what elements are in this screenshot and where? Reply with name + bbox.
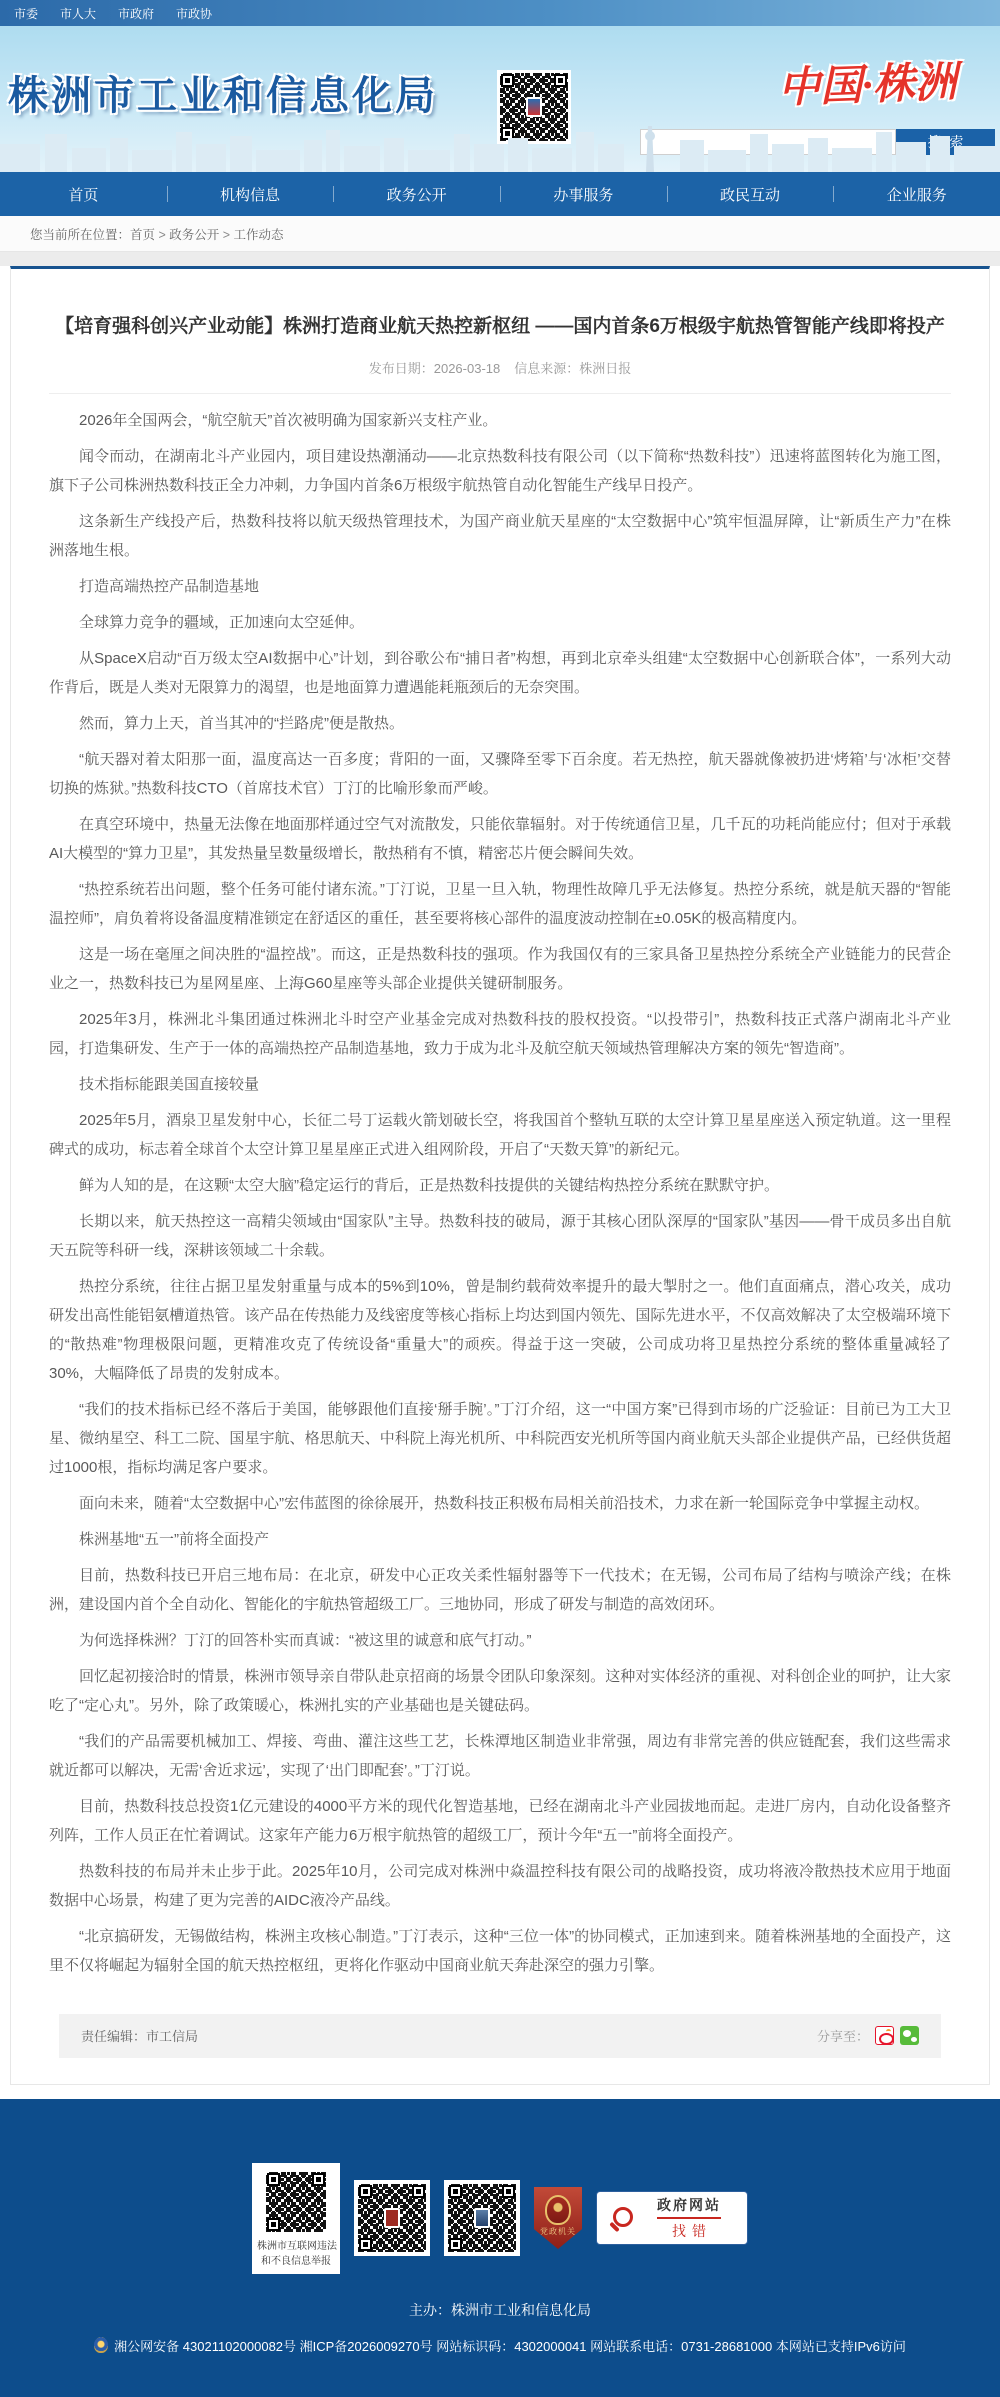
city-skyline-image bbox=[0, 126, 1000, 172]
main-nav: 首页机构信息政务公开办事服务政民互动企业服务 bbox=[0, 172, 1000, 216]
site-header: 株洲市工业和信息化局 中国·株洲 搜索 bbox=[0, 26, 1000, 172]
qrcode-icon bbox=[356, 2182, 428, 2254]
divider-band bbox=[0, 252, 1000, 266]
site-title: 株洲市工业和信息化局 bbox=[8, 64, 438, 121]
article-paragraph: 热数科技的布局并未止步于此。2025年10月，公司完成对株洲中焱温控科技有限公司… bbox=[49, 1857, 951, 1915]
top-link-bar: 市委市人大市政府市政协 bbox=[0, 0, 1000, 26]
breadcrumb: 您当前所在位置： 首页政务公开工作动态 bbox=[0, 216, 1000, 252]
magnifier-icon bbox=[607, 2205, 633, 2231]
article-paragraph: 长期以来，航天热控这一高精尖领域由“国家队”主导。热数科技的破局，源于其核心团队… bbox=[49, 1207, 951, 1265]
footer-badges-row: 株洲市互联网违法 和不良信息举报 党政机关 政府网站 找错 bbox=[0, 2163, 1000, 2274]
icp-line: 湘公网安备 43021102000082号 湘ICP备2026009270号 网… bbox=[0, 2336, 1000, 2355]
article-paragraph: 目前，热数科技已开启三地布局：在北京，研发中心正攻关柔性辐射器等下一代技术；在无… bbox=[49, 1561, 951, 1619]
police-badge-icon bbox=[94, 2337, 108, 2353]
source-label: 信息来源： bbox=[514, 361, 579, 376]
report-caption: 株洲市互联网违法 和不良信息举报 bbox=[257, 2239, 335, 2269]
party-emblem-icon bbox=[545, 2195, 571, 2225]
article-paragraph: 2026年全国两会，“航空航天”首次被明确为国家新兴支柱产业。 bbox=[49, 406, 951, 435]
party-government-badge[interactable]: 党政机关 bbox=[534, 2187, 582, 2249]
article-meta: 发布日期：2026-03-18信息来源：株洲日报 bbox=[49, 358, 951, 394]
article-paragraph: 回忆起初接洽时的情景，株洲市领导亲自带队赴京招商的场景令团队印象深刻。这种对实体… bbox=[49, 1662, 951, 1720]
top-link[interactable]: 市委 bbox=[14, 5, 38, 22]
editor-info: 责任编辑：市工信局 bbox=[81, 2026, 198, 2045]
qr-center-logo-icon bbox=[474, 2208, 490, 2228]
wechat-qrcode-card-2 bbox=[444, 2180, 520, 2256]
breadcrumb-link[interactable]: 首页 bbox=[130, 228, 169, 242]
report-qrcode-icon bbox=[263, 2169, 329, 2235]
article-paragraph: 闻令而动，在湖南北斗产业园内，项目建设热潮涌动——北京热数科技有限公司（以下简称… bbox=[49, 442, 951, 500]
article-paragraph: 然而，算力上天，首当其冲的“拦路虎”便是散热。 bbox=[49, 709, 951, 738]
article-paragraph: 从SpaceX启动“百万级太空AI数据中心”计划，到谷歌公布“捕日者”构想，再到… bbox=[49, 644, 951, 702]
qr-center-logo-icon bbox=[526, 97, 542, 117]
site-footer: 株洲市互联网违法 和不良信息举报 党政机关 政府网站 找错 bbox=[0, 2099, 1000, 2397]
share-area: 分享至： bbox=[817, 2026, 919, 2045]
article-paragraph: 热控分系统，往往占据卫星发射重量与成本的5%到10%，曾是制约载荷效率提升的最大… bbox=[49, 1272, 951, 1388]
nav-item[interactable]: 办事服务 bbox=[500, 172, 667, 216]
weibo-share-icon[interactable] bbox=[875, 2026, 894, 2045]
party-badge-label: 党政机关 bbox=[540, 2226, 576, 2237]
qr-center-logo-icon bbox=[384, 2208, 400, 2228]
article-container: 【培育强科创兴产业动能】株洲打造商业航天热控新枢纽 ——国内首条6万根级宇航热管… bbox=[10, 266, 990, 2085]
article-paragraph: “航天器对着太阳那一面，温度高达一百多度；背阳的一面，又骤降至零下百余度。若无热… bbox=[49, 745, 951, 803]
article-paragraph: 目前，热数科技总投资1亿元建设的4000平方米的现代化智造基地，已经在湖南北斗产… bbox=[49, 1792, 951, 1850]
host-line: 主办：株洲市工业和信息化局 bbox=[0, 2300, 1000, 2320]
source-value: 株洲日报 bbox=[579, 361, 631, 376]
find-error-line1: 政府网站 bbox=[657, 2195, 721, 2219]
wechat-qrcode-card-1 bbox=[354, 2180, 430, 2256]
article-paragraph: “我们的产品需要机械加工、焊接、弯曲、灌注这些工艺，长株潭地区制造业非常强，周边… bbox=[49, 1727, 951, 1785]
article-paragraph: 2025年3月，株洲北斗集团通过株洲北斗时空产业基金完成对热数科技的股权投资。“… bbox=[49, 1005, 951, 1063]
breadcrumb-link[interactable]: 工作动态 bbox=[234, 228, 284, 242]
article-paragraph: 打造高端热控产品制造基地 bbox=[49, 572, 951, 601]
article-paragraph: 株洲基地“五一”前将全面投产 bbox=[49, 1525, 951, 1554]
article-paragraph: “北京搞研发，无锡做结构，株洲主攻核心制造。”丁汀表示，这种“三位一体”的协同模… bbox=[49, 1922, 951, 1980]
top-link[interactable]: 市政协 bbox=[176, 5, 212, 22]
article-body: 2026年全国两会，“航空航天”首次被明确为国家新兴支柱产业。闻令而动，在湖南北… bbox=[49, 406, 951, 1980]
qrcode-icon bbox=[446, 2182, 518, 2254]
publish-date-label: 发布日期： bbox=[369, 361, 434, 376]
wechat-share-icon[interactable] bbox=[900, 2026, 919, 2045]
editor-bar: 责任编辑：市工信局 分享至： bbox=[59, 2014, 941, 2058]
article-paragraph: 全球算力竞争的疆域，正加速向太空延伸。 bbox=[49, 608, 951, 637]
top-link[interactable]: 市政府 bbox=[118, 5, 154, 22]
icp-text: 湘公网安备 43021102000082号 湘ICP备2026009270号 网… bbox=[114, 2336, 906, 2355]
article-paragraph: 鲜为人知的是，在这颗“太空大脑”稳定运行的背后，正是热数科技提供的关键结构热控分… bbox=[49, 1171, 951, 1200]
nav-item[interactable]: 机构信息 bbox=[167, 172, 334, 216]
website-find-error-badge[interactable]: 政府网站 找错 bbox=[596, 2191, 748, 2245]
china-zhuzhou-calligraphy-logo: 中国·株洲 bbox=[777, 49, 958, 115]
article-paragraph: “我们的技术指标已经不落后于美国，能够跟他们直接‘掰手腕’。”丁汀介绍，这一“中… bbox=[49, 1395, 951, 1482]
publish-date: 2026-03-18 bbox=[434, 361, 501, 376]
nav-item[interactable]: 政务公开 bbox=[333, 172, 500, 216]
article-paragraph: 为何选择株洲？丁汀的回答朴实而真诚：“被这里的诚意和底气打动。” bbox=[49, 1626, 951, 1655]
find-error-line2: 找错 bbox=[666, 2221, 712, 2241]
nav-item[interactable]: 政民互动 bbox=[667, 172, 834, 216]
article-paragraph: 这条新生产线投产后，热数科技将以航天级热管理技术，为国产商业航天星座的“太空数据… bbox=[49, 507, 951, 565]
article-title: 【培育强科创兴产业动能】株洲打造商业航天热控新枢纽 ——国内首条6万根级宇航热管… bbox=[49, 313, 951, 342]
illegal-report-qrcode-card[interactable]: 株洲市互联网违法 和不良信息举报 bbox=[252, 2163, 340, 2274]
share-label: 分享至： bbox=[817, 2026, 869, 2045]
breadcrumb-link[interactable]: 政务公开 bbox=[169, 228, 233, 242]
breadcrumb-prefix: 您当前所在位置： bbox=[30, 225, 130, 243]
article-paragraph: 技术指标能跟美国直接较量 bbox=[49, 1070, 951, 1099]
article-paragraph: 在真空环境中，热量无法像在地面那样通过空气对流散发，只能依靠辐射。对于传统通信卫… bbox=[49, 810, 951, 868]
article-paragraph: 这是一场在毫厘之间决胜的“温控战”。而这，正是热数科技的强项。作为我国仅有的三家… bbox=[49, 940, 951, 998]
article-paragraph: 面向未来，随着“太空数据中心”宏伟蓝图的徐徐展开，热数科技正积极布局相关前沿技术… bbox=[49, 1489, 951, 1518]
article-paragraph: 2025年5月，酒泉卫星发射中心，长征二号丁运载火箭划破长空，将我国首个整轨互联… bbox=[49, 1106, 951, 1164]
article-paragraph: “热控系统若出问题，整个任务可能付诸东流。”丁汀说，卫星一旦入轨，物理性故障几乎… bbox=[49, 875, 951, 933]
nav-item[interactable]: 首页 bbox=[0, 172, 167, 216]
top-link[interactable]: 市人大 bbox=[60, 5, 96, 22]
nav-item[interactable]: 企业服务 bbox=[833, 172, 1000, 216]
